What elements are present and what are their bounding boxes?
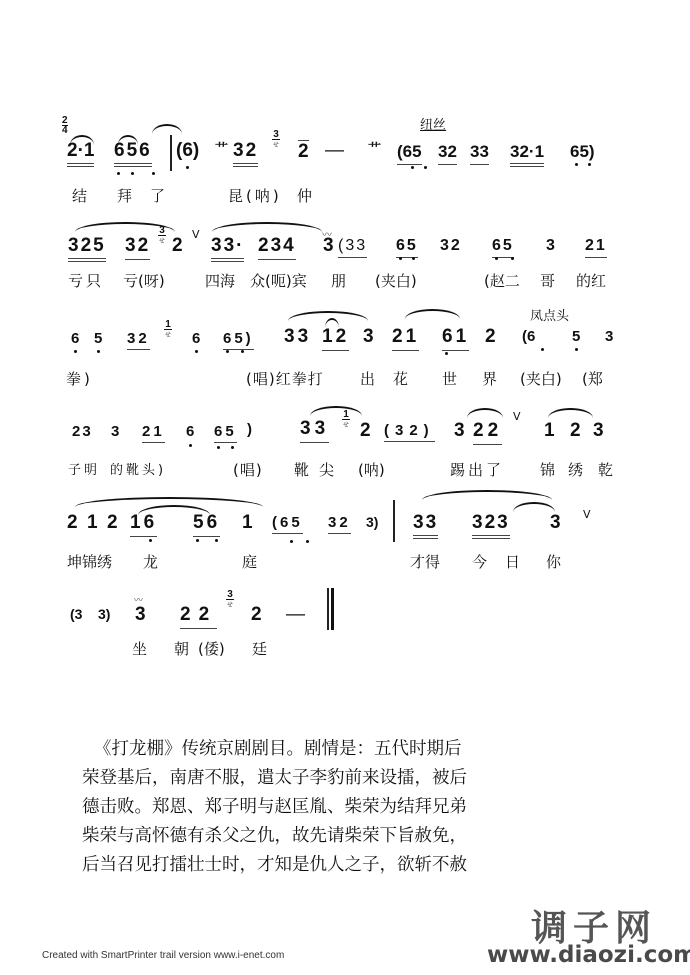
note-group: 3) [366, 514, 378, 530]
lyric: 众(呃)宾 [250, 270, 307, 291]
lyric: 庭 [242, 551, 260, 572]
final-barline-thin [327, 588, 329, 630]
lyric: 乾 [598, 459, 616, 480]
slur [405, 309, 460, 319]
barline [170, 135, 172, 171]
prose-line: 柴荣与高怀德有杀父之仇，故先请柴荣下旨赦免， [82, 822, 467, 851]
slur [310, 406, 362, 416]
note-group: (65 [272, 514, 303, 534]
lyric: 的红 [576, 270, 606, 291]
note-group: 65) [223, 330, 254, 350]
prose-line: 后当召见打擂壮士时，才知是仇人之子，欲斩不赦 [82, 851, 467, 880]
note: 3 [546, 237, 555, 255]
lyric: 锦 [540, 459, 558, 480]
note: 2 [107, 512, 118, 534]
lyric: 拜 [117, 185, 135, 206]
grace-note: 1ㄝ [342, 410, 350, 429]
dash: — [286, 604, 305, 626]
lyric: 结 [72, 185, 90, 206]
lyric: 子明 [68, 459, 100, 478]
note-group: 656 [114, 140, 152, 167]
description-text: 《打龙棚》传统京剧剧目。剧情是：五代时期后 荣登基后，南唐不服，遣太子李豹前来设… [82, 735, 467, 880]
note-group: 32 [328, 514, 351, 534]
note: 3 [454, 420, 465, 442]
note-group: 2·1 [67, 140, 94, 167]
note: 3 [363, 326, 374, 348]
footer-created-with: Created with SmartPrinter trail version … [42, 950, 284, 961]
note: 3 [135, 604, 146, 626]
lyric: 出 [360, 368, 378, 389]
note-group: 65 [492, 237, 514, 258]
grace-note: 1ㄝ [164, 320, 172, 339]
slur [212, 222, 322, 232]
note-group: 16 [130, 512, 157, 537]
note: 5 [94, 330, 102, 347]
note-group: 3) [98, 606, 110, 622]
note-group: 323 [472, 512, 510, 539]
lyric: 尖 [319, 459, 337, 480]
note-group: 23 [72, 423, 93, 440]
lyric: (呐) [358, 459, 385, 480]
note-group: 22 [473, 420, 502, 445]
note-group: 12 [322, 326, 349, 351]
watermark-url: www.diaozi.com [487, 942, 690, 968]
annotation-niu-si: 纽丝 [420, 114, 446, 133]
lyric: 廷 [252, 638, 270, 659]
slur [513, 502, 555, 512]
shake-symbol: 艹 [368, 138, 381, 157]
note: 3 [605, 328, 613, 345]
note: 3 [550, 512, 561, 534]
slur [152, 124, 182, 134]
note: (6 [522, 328, 535, 345]
note-group: 33 [300, 418, 329, 443]
note: 2 [360, 420, 371, 442]
prose-line: 《打龙棚》传统京剧剧目。剧情是：五代时期后 [82, 735, 467, 764]
annotation-feng-dian-tou: 凤点头 [530, 305, 569, 324]
note: 1 [544, 420, 555, 442]
note: 2 [298, 140, 309, 163]
prose-line: 德击败。郑恩、郑子明与赵匡胤、柴荣为结拜兄弟 [82, 793, 467, 822]
lyric: 了 [150, 185, 168, 206]
slur [467, 408, 503, 418]
note-group: (65 [397, 142, 422, 165]
lyric: 哥 [540, 270, 558, 291]
shake-symbol: 艹 [215, 138, 228, 157]
note-group: 32 [233, 140, 258, 167]
prose-line: 荣登基后，南唐不服，遣太子李豹前来设擂，被后 [82, 764, 467, 793]
grace-note: 3ㄝ [272, 130, 280, 149]
note-group: 32 [125, 235, 150, 260]
note-group: 325 [68, 235, 106, 262]
note-group: 33 [413, 512, 438, 539]
note-group: 234 [258, 235, 296, 260]
note-group: 65 [214, 423, 237, 443]
note-group: 65) [570, 142, 595, 162]
note-group: 33· [211, 235, 244, 262]
note-group: (32) [384, 422, 435, 442]
note: 6 [192, 330, 200, 347]
note: 3 [593, 420, 604, 442]
lyric: (唱) [233, 459, 263, 480]
lyric: 你 [546, 551, 564, 572]
paren: ) [247, 421, 252, 438]
note-group: 65 [396, 237, 418, 258]
note-group: 32 [127, 330, 150, 350]
note-group: (33 [338, 237, 367, 258]
lyric: 靴 [294, 459, 312, 480]
lyric: 才得 [410, 551, 440, 572]
dash: — [325, 140, 344, 162]
lyric: (唱)红拳打 [246, 368, 324, 389]
note: 3 [111, 423, 119, 440]
lyric: 拳) [66, 368, 93, 389]
note-group: 22 [180, 604, 217, 629]
lyric: 世 [442, 368, 460, 389]
breath-mark: V [513, 410, 521, 423]
lyric: (夹白) [520, 368, 562, 389]
note-group: 21 [585, 237, 607, 258]
lyric: (郑 [582, 368, 603, 389]
note-group: 21 [142, 423, 165, 443]
note-group: 33 [284, 326, 311, 348]
note: 6 [186, 423, 194, 440]
lyric: 亏(呀) [123, 270, 165, 291]
note: 5 [572, 328, 580, 345]
lyric: 花 [393, 368, 411, 389]
lyric: 踢出了 [450, 459, 504, 480]
lyric: 的靴头) [110, 459, 166, 478]
note: 1 [242, 512, 253, 534]
lyric: 绣 [568, 459, 586, 480]
note-group: 32·1 [510, 142, 544, 167]
note: 2 [485, 326, 496, 348]
lyric: 仲 [297, 185, 315, 206]
breath-mark: V [583, 508, 591, 521]
final-barline-thick [331, 588, 334, 630]
grace-note: 3ㄝ [226, 590, 234, 609]
note-group: 32 [440, 237, 462, 255]
note-group: 33 [470, 142, 489, 165]
breath-mark: V [192, 228, 200, 241]
note: 2 [172, 235, 183, 257]
lyric: 坐 [132, 638, 150, 659]
note: 2 [570, 420, 581, 442]
lyric: 亏只 [68, 270, 104, 291]
time-signature: 2 4 [62, 116, 68, 135]
lyric: (赵二 [484, 270, 520, 291]
note: 6 [71, 330, 79, 347]
slur [422, 490, 552, 500]
barline [393, 500, 395, 542]
lyric: 四海 [205, 270, 235, 291]
note: 2 [67, 512, 78, 534]
lyric: (倭) [198, 638, 225, 659]
lyric: 朋 [331, 270, 349, 291]
lyric: (夹白) [375, 270, 417, 291]
note-group: (3 [70, 606, 82, 622]
lyric: 今 [472, 551, 490, 572]
note-group: 56 [193, 512, 220, 537]
note: 2 [251, 604, 262, 626]
lyric: 界 [482, 368, 500, 389]
lyric: 坤锦绣 [67, 551, 112, 572]
lyric: 朝 [174, 638, 192, 659]
note-group: 21 [392, 326, 419, 351]
note-group: 61 [442, 326, 469, 351]
note: 1 [87, 512, 98, 534]
slur [548, 408, 593, 418]
lyric: 龙 [143, 551, 161, 572]
note: 3 [323, 235, 334, 257]
note-group: 32 [438, 142, 457, 165]
grace-note: 3ㄝ [158, 226, 166, 245]
note: (6) [176, 140, 199, 162]
lyric: 日 [505, 551, 523, 572]
lyric: 昆(呐) [228, 185, 282, 206]
